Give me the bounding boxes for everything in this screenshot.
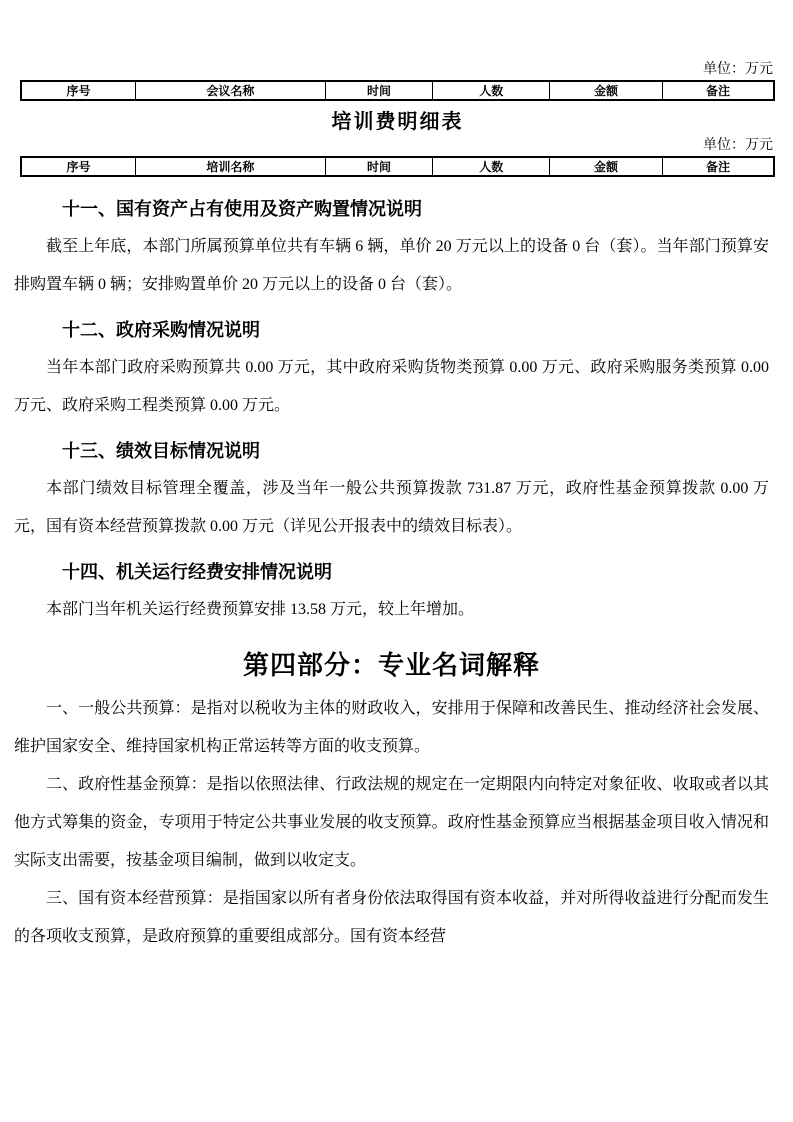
- header-cell-beizhu: 备注: [663, 157, 774, 176]
- section-body-11: 截至上年底，本部门所属预算单位共有车辆 6 辆，单价 20 万元以上的设备 0 …: [14, 228, 769, 304]
- section-heading-12: 十二、政府采购情况说明: [62, 318, 769, 343]
- header-cell-jine: 金额: [550, 81, 663, 100]
- definition-government-fund-budget: 二、政府性基金预算：是指以依照法律、行政法规的规定在一定期限内向特定对象征收、收…: [14, 766, 769, 880]
- meeting-table-header-row: 序号 会议名称 时间 人数 金额 备注: [21, 81, 774, 100]
- document-page: 单位：万元 序号 会议名称 时间 人数 金额 备注 培训费明细表 单位：万元: [0, 0, 793, 1122]
- meeting-fee-table: 序号 会议名称 时间 人数 金额 备注: [20, 80, 775, 101]
- training-fee-table: 序号 培训名称 时间 人数 金额 备注: [20, 156, 775, 177]
- definition-state-capital-budget: 三、国有资本经营预算：是指国家以所有者身份依法取得国有资本收益，并对所得收益进行…: [14, 880, 769, 956]
- header-cell-huiyi-mingcheng: 会议名称: [135, 81, 325, 100]
- header-cell-jine: 金额: [550, 157, 663, 176]
- part-four-title: 第四部分：专业名词解释: [14, 645, 769, 682]
- text-area: 十一、国有资产占有使用及资产购置情况说明 截至上年底，本部门所属预算单位共有车辆…: [0, 177, 793, 956]
- header-cell-beizhu: 备注: [663, 81, 774, 100]
- header-cell-shijian: 时间: [325, 157, 433, 176]
- header-cell-shijian: 时间: [325, 81, 433, 100]
- tables-area: 单位：万元 序号 会议名称 时间 人数 金额 备注 培训费明细表 单位：万元: [20, 60, 775, 177]
- unit-label-meeting-table: 单位：万元: [20, 60, 775, 80]
- header-cell-renshu: 人数: [433, 157, 550, 176]
- section-heading-13: 十三、绩效目标情况说明: [62, 439, 769, 464]
- training-table-header-row: 序号 培训名称 时间 人数 金额 备注: [21, 157, 774, 176]
- section-heading-14: 十四、机关运行经费安排情况说明: [62, 560, 769, 585]
- header-cell-xuhao: 序号: [21, 157, 135, 176]
- header-cell-peixun-mingcheng: 培训名称: [135, 157, 325, 176]
- section-body-12: 当年本部门政府采购预算共 0.00 万元，其中政府采购货物类预算 0.00 万元…: [14, 349, 769, 425]
- header-cell-xuhao: 序号: [21, 81, 135, 100]
- section-heading-11: 十一、国有资产占有使用及资产购置情况说明: [62, 197, 769, 222]
- header-cell-renshu: 人数: [433, 81, 550, 100]
- definition-general-public-budget: 一、一般公共预算：是指对以税收为主体的财政收入，安排用于保障和改善民生、推动经济…: [14, 690, 769, 766]
- section-body-13: 本部门绩效目标管理全覆盖，涉及当年一般公共预算拨款 731.87 万元，政府性基…: [14, 470, 769, 546]
- unit-label-training-table: 单位：万元: [20, 136, 775, 156]
- training-table-title: 培训费明细表: [20, 105, 775, 134]
- section-body-14: 本部门当年机关运行经费预算安排 13.58 万元，较上年增加。: [14, 591, 769, 629]
